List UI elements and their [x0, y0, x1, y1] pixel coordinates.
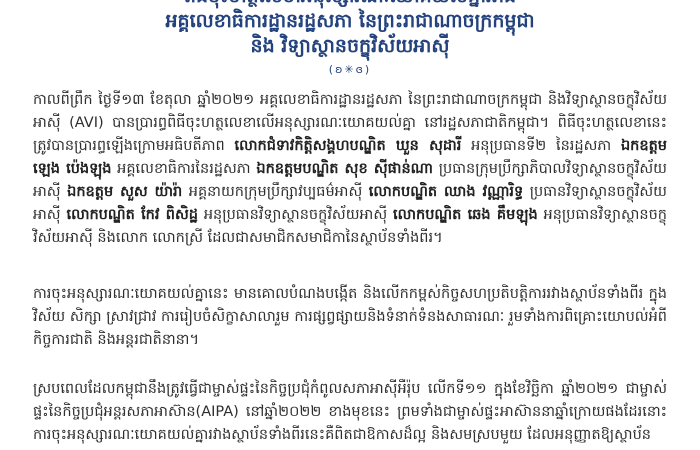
text-run: អនុប្រធានទី២ នៃរដ្ឋសភា	[461, 138, 621, 154]
clipped-title-text: ពិធីចុះហត្ថលេខាអនុស្សារណៈយោគយល់គ្នារវាង	[33, 0, 667, 9]
person-name-keo-piseth: លោកបណ្ឌិត កែវ ពិសិដ្ឋ	[66, 207, 198, 223]
document-title-line-2: និង វិទ្យាស្ថានចក្ខុវិស័យអាស៊ី	[33, 34, 667, 59]
text-run: អគ្គលេខាធិការនៃរដ្ឋសភា	[111, 161, 256, 177]
clipped-title-line: ពិធីចុះហត្ថលេខាអនុស្សារណៈយោគយល់គ្នារវាង	[33, 0, 667, 9]
person-name-sok-siphana: ឯកឧត្តមបណ្ឌិត សុខ ស៊ីផាន់ណា	[256, 161, 433, 177]
person-name-khuon-sudary: លោកជំទាវកិត្តិសង្គហបណ្ឌិត ឃួន សុដារី	[235, 138, 462, 154]
person-name-chheang-vannarith: លោកបណ្ឌិត ឈាង វណ្ណារិទ្ធ	[369, 184, 523, 200]
person-name-suos-yara: ឯកឧត្តម សួស យ៉ារ៉ា	[67, 184, 182, 200]
text-run: អគ្គនាយកក្រុមប្រឹក្សាវប្បធម៌អាស៊ី	[182, 184, 369, 200]
document-title-line-1: អគ្គលេខាធិការដ្ឋានរដ្ឋសភា នៃព្រះរាជាណាចក…	[33, 9, 667, 34]
text-run: អនុប្រធានវិទ្យាស្ថានចក្ខុវិស័យអាស៊ី	[198, 207, 393, 223]
ornament-divider: (ʚ✳ɞ)	[33, 63, 667, 77]
document-page: ពិធីចុះហត្ថលេខាអនុស្សារណៈយោគយល់គ្នារវាង …	[0, 0, 700, 450]
document-body: កាលពីព្រឹក ថ្ងៃទី១៣ ខែតុលា ឆ្នាំ២០២១ អគ្…	[33, 89, 667, 447]
paragraph-3: ស្របពេលដែលកម្ពុជានឹងត្រូវធ្វើជាម្ចាស់ផ្ទ…	[33, 378, 667, 447]
paragraph-2: ការចុះអនុស្សារណៈយោគយល់គ្នានេះ មានគោលបំណង…	[33, 283, 667, 352]
paragraph-1: កាលពីព្រឹក ថ្ងៃទី១៣ ខែតុលា ឆ្នាំ២០២១ អគ្…	[33, 89, 667, 250]
person-name-cheng-kimlong: លោកបណ្ឌិត ឆេង គឹមឡុង	[393, 207, 538, 223]
